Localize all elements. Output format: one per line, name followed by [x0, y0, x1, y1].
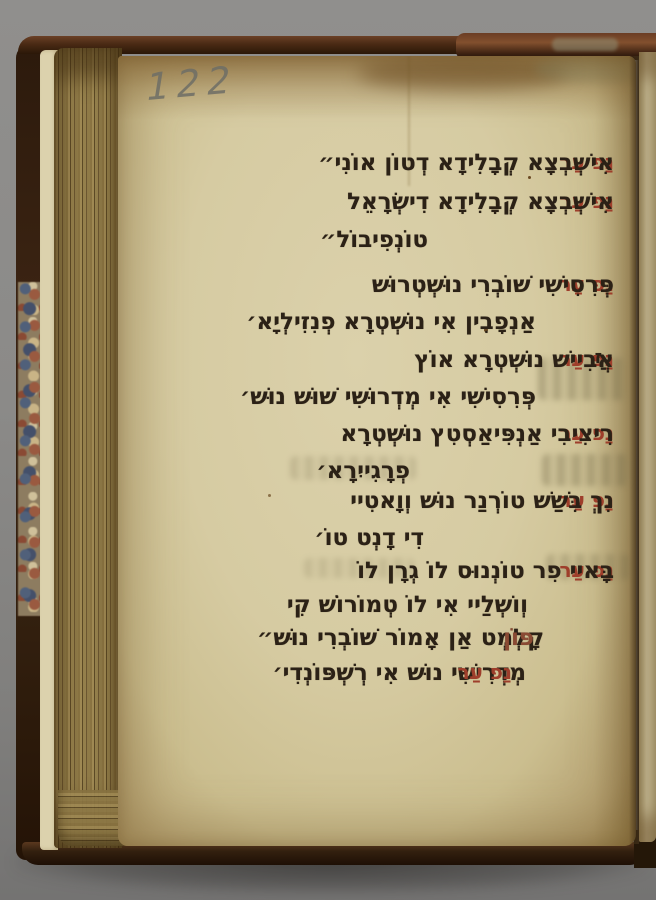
facing-page-sliver: [639, 52, 656, 842]
manuscript-photo: 122 נַפ עַראִישְׁבְצָא קְבָלִידָא דְטוֹן…: [0, 0, 656, 900]
faded-red-word: פּוֹן: [503, 625, 534, 651]
line-text: קָלְמְט אַן אָמוֹר שׁוֹבְרִי נוּשׁ״: [257, 625, 544, 651]
show-through-smudge: [542, 454, 630, 486]
line-text: דִי דָנְט טוֹ׳: [314, 525, 424, 551]
page-block-fore-edge: [54, 48, 122, 848]
line-text: פְּרִסִישִׁי אִי מְדְרוּשִׁי שׁוּשׁ נוּש…: [240, 384, 536, 410]
pencil-folio-number: 122: [143, 58, 241, 110]
rubric-marker: נַפ עַר: [457, 660, 512, 684]
line-text: טוֹנְפִיבוֹל״: [320, 227, 428, 253]
line-text: אַנְפָבִין אִי נוּשְׁטְרָא פְנִזִילְיָא׳: [246, 309, 536, 335]
line-text: בָּאיי פִר טוֹנְנוּס לוֹ גְרָן לוֹ: [357, 558, 614, 584]
ink-speck: [528, 176, 531, 179]
ink-speck: [268, 494, 271, 497]
worn-leather-patch: [552, 38, 618, 51]
line-text: אֲבִיישׁ נוּשְׁטְרָא אוֹץ: [414, 347, 614, 373]
manuscript-page: 122 נַפ עַראִישְׁבְצָא קְבָלִידָא דְטוֹן…: [118, 56, 636, 846]
gutter-fold-line: [629, 56, 639, 844]
line-text: אִישְׁבְצָא קְבָלִידָא דִישְׂרָאֵל: [347, 189, 614, 215]
line-text: פְרָגִייִרָא׳: [316, 458, 410, 484]
line-text: וְושְׁלַיי אִי לוֹ טְמוֹרוֹשׁ קִי: [287, 592, 528, 618]
line-text: אִישְׁבְצָא קְבָלִידָא דְטוֹן אוֹנִי״: [318, 150, 614, 176]
line-text: רִיצִיבִי אַנְפִּיאַסְטִץ נוּשְׁטְרָא: [341, 421, 614, 447]
line-text: נִךְ בִּשַׁשׁ טוֹרְנַר נוּשׁ וְוָאטִיי: [350, 488, 614, 514]
line-text: פְּרִסִישִׁי שׁוֹבְרִי נוּשְׁטְרוּשׁ: [372, 272, 614, 298]
